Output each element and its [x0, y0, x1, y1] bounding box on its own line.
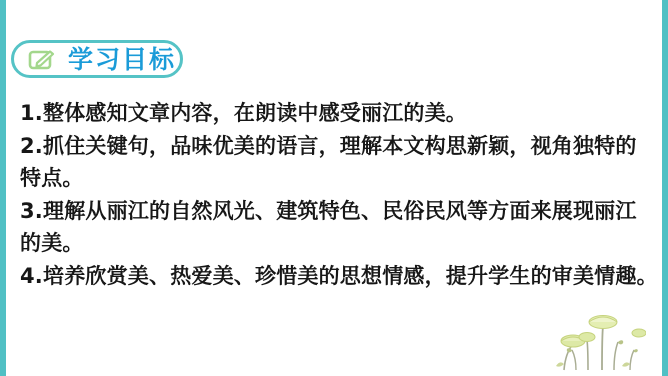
plant-decoration	[542, 300, 646, 372]
objective-line: 4.培养欣赏美、热爱美、珍惜美的思想情感，提升学生的审美情趣。	[20, 260, 652, 293]
objective-line: 1.整体感知文章内容，在朗读中感受丽江的美。	[20, 97, 652, 130]
objectives-text-block: 1.整体感知文章内容，在朗读中感受丽江的美。 2.抓住关键句，品味优美的语言，理…	[20, 97, 652, 292]
right-edge-accent-bar	[662, 0, 668, 376]
objective-line: 2.抓住关键句，品味优美的语言，理解本文构思新颖，视角独特的	[20, 130, 652, 163]
objective-line: 3.理解从丽江的自然风光、建筑特色、民俗民风等方面来展现丽江	[20, 195, 652, 228]
left-edge-accent-bar	[0, 0, 6, 376]
header-title: 学习目标	[68, 47, 176, 72]
objective-line: 特点。	[20, 162, 652, 195]
objective-line: 的美。	[20, 227, 652, 260]
slide: 学习目标 1.整体感知文章内容，在朗读中感受丽江的美。 2.抓住关键句，品味优美…	[0, 0, 668, 376]
edit-pencil-icon	[28, 47, 56, 71]
learning-objectives-badge: 学习目标	[11, 40, 183, 78]
